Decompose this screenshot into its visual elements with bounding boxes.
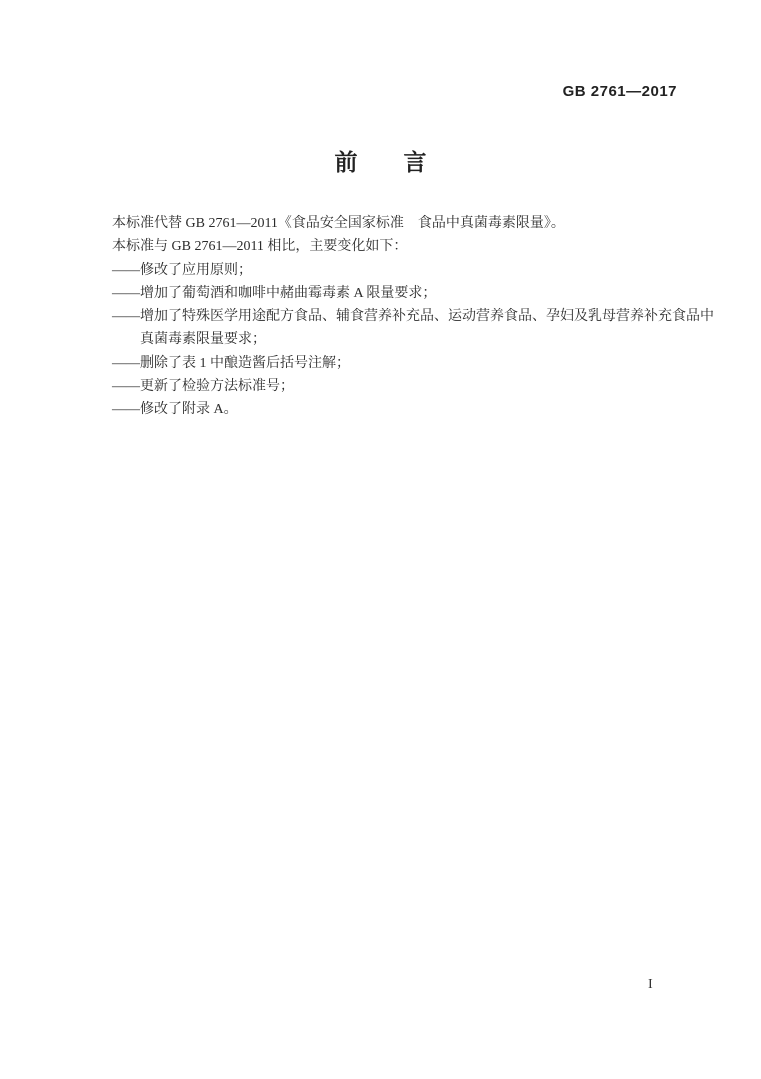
standard-number: GB 2761—2017 (563, 83, 677, 100)
page-title: 前 言 (0, 144, 761, 177)
change-list-item: ——修改了应用原则； (112, 259, 712, 282)
change-list-item: ——增加了特殊医学用途配方食品、辅食营养补充品、运动营养食品、孕妇及乳母营养补充… (112, 305, 712, 328)
change-list-item-continuation: 真菌毒素限量要求； (140, 328, 712, 351)
foreword-body: 本标准代替 GB 2761—2011《食品安全国家标准 食品中真菌毒素限量》。 … (112, 212, 712, 422)
change-list-item: ——修改了附录 A。 (112, 398, 712, 421)
page-number: I (648, 977, 653, 993)
change-list-item: ——增加了葡萄酒和咖啡中赭曲霉毒素 A 限量要求； (112, 282, 712, 305)
foreword-paragraph: 本标准与 GB 2761—2011 相比，主要变化如下： (112, 235, 712, 258)
change-list-item: ——删除了表 1 中酿造酱后括号注解； (112, 352, 712, 375)
document-page: GB 2761—2017 前 言 本标准代替 GB 2761—2011《食品安全… (0, 0, 761, 1079)
change-list-item: ——更新了检验方法标准号； (112, 375, 712, 398)
foreword-paragraph: 本标准代替 GB 2761—2011《食品安全国家标准 食品中真菌毒素限量》。 (112, 212, 712, 235)
